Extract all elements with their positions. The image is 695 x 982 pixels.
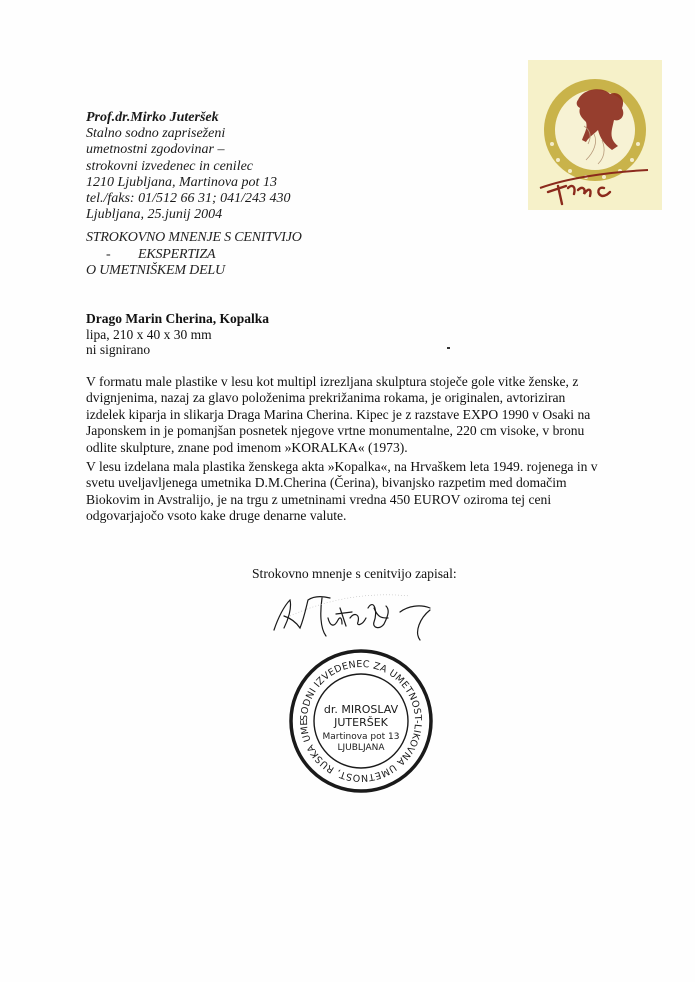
logo-icon [528, 60, 662, 210]
signature-label: Strokovno mnenje s cenitvijo zapisal: [252, 566, 457, 582]
title-line-2: -EKSPERTIZA [86, 247, 302, 264]
title-line-3: O UMETNIŠKEM DELU [86, 263, 302, 280]
letterhead-line: Stalno sodno zapriseženi [86, 126, 291, 142]
description-paragraph: V formatu male plastike v lesu kot multi… [86, 374, 666, 456]
paragraph-line: dvignjenima, nazaj za glavo položenima p… [86, 390, 666, 406]
handwritten-signature [270, 588, 450, 648]
letterhead-date: Ljubljana, 25.junij 2004 [86, 207, 291, 223]
title-expertiza: EKSPERTIZA [138, 247, 215, 262]
portrait-medallion-logo [528, 60, 662, 210]
paragraph-line: odgovarjajočo vsoto kake druge denarne v… [86, 508, 666, 524]
paragraph-line: V lesu izdelana mala plastika ženskega a… [86, 459, 666, 475]
letterhead: Prof.dr.Mirko Juteršek Stalno sodno zapr… [86, 110, 291, 223]
official-stamp: SODNI IZVEDENEC ZA UMETNOST-LIKOVNA UMET… [286, 646, 436, 796]
scan-speck [447, 347, 450, 349]
artwork-signature-status: ni signirano [86, 342, 269, 358]
letterhead-line: umetnostni zgodovinar – [86, 142, 291, 158]
stamp-address: Martinova pot 13 [323, 732, 400, 742]
paragraph-line: Japonskem in je pomanjšan posnetek njego… [86, 423, 666, 439]
paragraph-line: odlite skulpture, znane pod imenom »KORA… [86, 440, 666, 456]
letterhead-phone: tel./faks: 01/512 66 31; 041/243 430 [86, 191, 291, 207]
document-page: Prof.dr.Mirko Juteršek Stalno sodno zapr… [0, 0, 695, 982]
title-dash: - [106, 247, 138, 264]
paragraph-line: V formatu male plastike v lesu kot multi… [86, 374, 666, 390]
stamp-icon: SODNI IZVEDENEC ZA UMETNOST-LIKOVNA UMET… [286, 646, 436, 796]
paragraph-line: svetu uveljavljenega umetnika D.M.Cherin… [86, 475, 666, 491]
valuation-paragraph: V lesu izdelana mala plastika ženskega a… [86, 459, 666, 525]
title-line-1: STROKOVNO MNENJE S CENITVIJO [86, 230, 302, 247]
stamp-city: LJUBLJANA [338, 743, 386, 753]
signature-icon [270, 588, 450, 648]
stamp-name-line-1: dr. MIROSLAV [324, 703, 399, 716]
artwork-title: Drago Marin Cherina, Kopalka [86, 311, 269, 327]
letterhead-address: 1210 Ljubljana, Martinova pot 13 [86, 175, 291, 191]
author-name: Prof.dr.Mirko Juteršek [86, 110, 291, 126]
paragraph-line: izdelek kiparja in slikarja Draga Marina… [86, 407, 666, 423]
stamp-name-line-2: JUTERŠEK [333, 716, 389, 729]
letterhead-line: strokovni izvedenec in cenilec [86, 159, 291, 175]
artwork-material: lipa, 210 x 40 x 30 mm [86, 327, 269, 343]
paragraph-line: Biokovim in Avstralijo, je na trgu z ume… [86, 492, 666, 508]
document-title: STROKOVNO MNENJE S CENITVIJO -EKSPERTIZA… [86, 230, 302, 280]
artwork-info: Drago Marin Cherina, Kopalka lipa, 210 x… [86, 311, 269, 358]
